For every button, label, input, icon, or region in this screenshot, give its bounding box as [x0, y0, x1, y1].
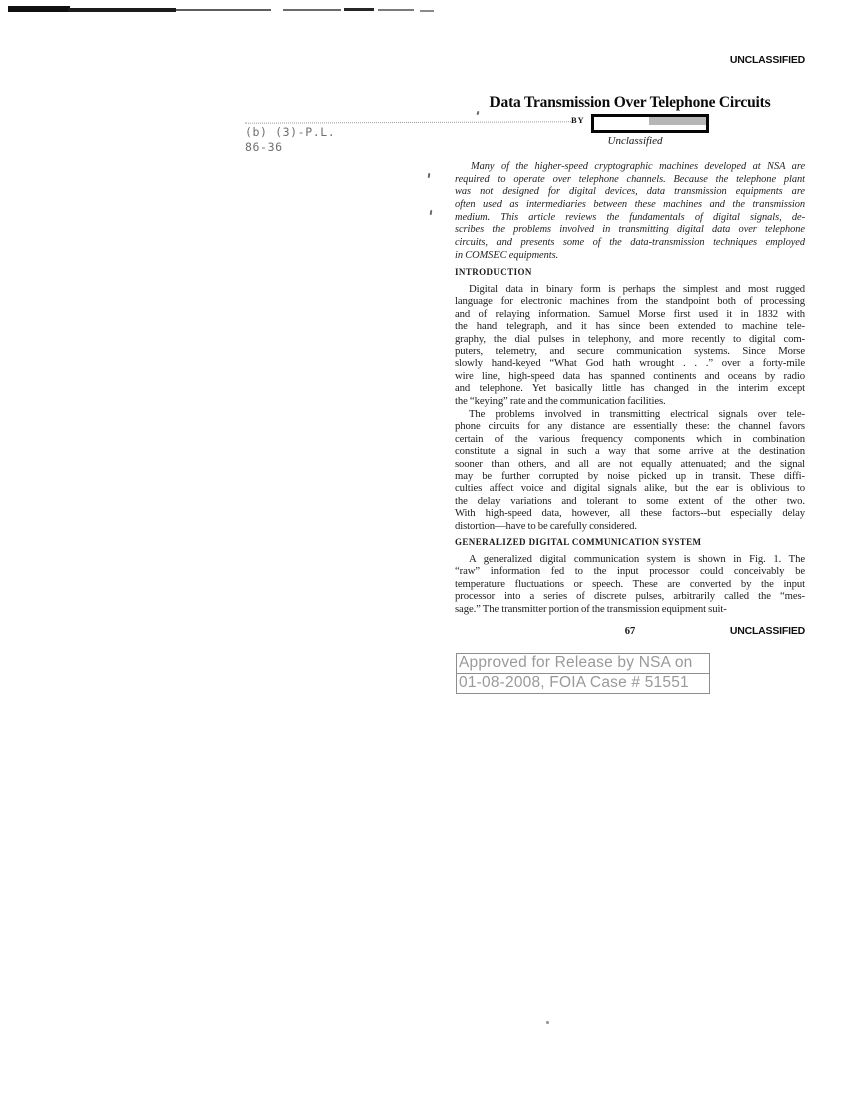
text-line: distortion—have to be carefully consider… [455, 520, 805, 532]
text-line: processor into a series of discrete puls… [455, 590, 805, 602]
abstract-line: often used as intermediaries between the… [455, 199, 805, 212]
scan-artifact-line [378, 9, 414, 11]
text-line: wire line, high-speed data has spanned c… [455, 370, 805, 382]
abstract-line: medium. This article reviews the fundame… [455, 212, 805, 225]
scan-speck [477, 111, 480, 115]
redaction-smudge [649, 117, 706, 125]
paragraph-system-1: A generalized digital communication syst… [455, 553, 805, 615]
abstract-line: Many of the higher-speed cryptographic m… [455, 161, 805, 174]
text-line: the “keying” rate and the communication … [455, 395, 805, 407]
margin-note-line: 86-36 [245, 140, 335, 155]
scan-artifact-line [344, 8, 374, 11]
subtitle-classification: Unclassified [455, 135, 815, 147]
scan-artifact-line [8, 6, 70, 12]
scan-artifact-line [283, 9, 341, 11]
paragraph-intro-2: The problems involved in transmitting el… [455, 408, 805, 532]
text-line: and telephone. Yet basically little has … [455, 382, 805, 394]
text-line: A generalized digital communication syst… [455, 553, 805, 565]
text-line: The problems involved in transmitting el… [455, 408, 805, 420]
declassification-margin-note: (b) (3)-P.L.86-36 [245, 125, 335, 155]
text-line: sage.” The transmitter portion of the tr… [455, 603, 805, 615]
abstract-line: circuits, and presents some of the data-… [455, 237, 805, 250]
text-line: puters, telemetry, and secure communicat… [455, 345, 805, 357]
scan-artifact-line [420, 10, 434, 12]
section-heading-introduction: INTRODUCTION [455, 267, 532, 277]
text-line: With high-speed data, however, all these… [455, 507, 805, 519]
text-line: “raw” information fed to the input proce… [455, 565, 805, 577]
text-line: the delay variations and tolerant to som… [455, 495, 805, 507]
dotted-leader-line [245, 121, 571, 123]
foia-release-stamp: Approved for Release by NSA on01-08-2008… [456, 654, 710, 694]
section-heading-system: GENERALIZED DIGITAL COMMUNICATION SYSTEM [455, 537, 701, 547]
text-line: the hand telegraph, and it has since bee… [455, 320, 805, 332]
classification-header: UNCLASSIFIED [700, 54, 805, 66]
text-line: slowly hand-keyed “What God hath wrought… [455, 357, 805, 369]
text-line: constitute a signal in such a way that s… [455, 445, 805, 457]
text-line: graphy, the dial pulses in telephony, an… [455, 333, 805, 345]
text-line: culties affect voice and digital signals… [455, 482, 805, 494]
abstract-line: was not designed for digital devices, da… [455, 186, 805, 199]
margin-note-line: (b) (3)-P.L. [245, 125, 335, 140]
abstract-line: required to operate over telephone chann… [455, 174, 805, 187]
scanned-document-page: { "classification_header": "UNCLASSIFIED… [0, 0, 859, 1108]
text-line: may be further corrupted by noise picked… [455, 470, 805, 482]
abstract-line: scribes the problems involved in transmi… [455, 224, 805, 237]
stamp-line: 01-08-2008, FOIA Case # 51551 [456, 673, 710, 694]
text-line: certain of the various frequency compone… [455, 433, 805, 445]
paragraph-intro-1: Digital data in binary form is perhaps t… [455, 283, 805, 407]
abstract-line: in COMSEC equipments. [455, 250, 805, 263]
scan-artifact-line [68, 8, 176, 12]
text-line: language for electronic machines from th… [455, 295, 805, 307]
text-line: Digital data in binary form is perhaps t… [455, 283, 805, 295]
stamp-line: Approved for Release by NSA on [456, 653, 710, 674]
text-line: and of relaying information. Samuel Mors… [455, 308, 805, 320]
scan-speck [546, 1021, 549, 1024]
scan-artifact-line [176, 9, 271, 11]
footer-classification: UNCLASSIFIED [700, 625, 805, 637]
scan-speck [430, 210, 433, 215]
text-line: phone circuits for any distance are esse… [455, 420, 805, 432]
abstract: Many of the higher-speed cryptographic m… [455, 161, 805, 263]
page-title: Data Transmission Over Telephone Circuit… [455, 94, 805, 112]
scan-speck [428, 173, 431, 178]
text-line: temperature fluctuations or speech. Thes… [455, 578, 805, 590]
redacted-author-box [591, 114, 709, 133]
byline-label: BY [571, 115, 584, 125]
text-line: sooner than others, and all are not equa… [455, 458, 805, 470]
